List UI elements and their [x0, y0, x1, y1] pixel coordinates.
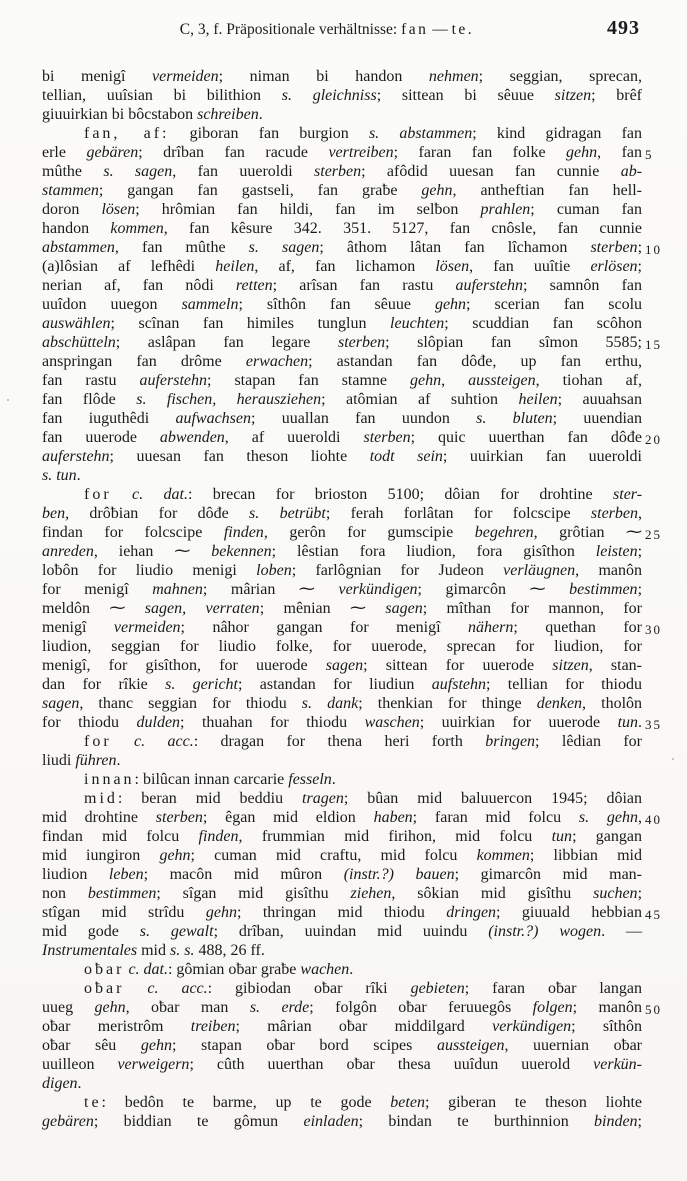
text-roman: ; quethan for — [513, 619, 642, 636]
text-roman: , uuernian oƀar — [504, 1037, 642, 1054]
gloss-italic: s. abstammen — [369, 125, 472, 142]
text-roman: , tholôn — [582, 695, 642, 712]
gloss-italic: vertreiben — [328, 144, 393, 161]
gloss-italic: bestimmen — [569, 581, 637, 598]
text-line: abstammen, fan mûthe s. sagen; âthom lât… — [42, 238, 642, 257]
text-roman: fan rastu — [42, 372, 139, 389]
text-line: non bestimmen; sîgan mid gisîthu ziehen,… — [42, 884, 642, 903]
text-roman: , — [638, 505, 642, 522]
text-roman: ; thenkian for thinge — [358, 695, 537, 712]
text-line: for menigî mahnen; mârian ⁓ verkündigen;… — [42, 580, 642, 599]
text-roman: ; uuirkian fan uueroldi — [443, 448, 642, 465]
text-roman: : beran mid beddiu — [118, 790, 302, 807]
text-roman: meldôn ⁓ — [42, 600, 145, 617]
gloss-italic: sterben — [363, 429, 410, 446]
text-roman: . — [349, 961, 353, 978]
text-roman: , grôtian ⁓ — [534, 524, 642, 541]
page-number: 493 — [607, 17, 640, 40]
text-roman: ; êgan mid eldion — [203, 809, 374, 826]
text-roman: ; afôdid uuesan fan cunnie — [361, 163, 621, 180]
text-roman: ; — [638, 239, 642, 256]
gloss-italic: finden — [199, 828, 239, 845]
text-roman: menigî — [42, 619, 114, 636]
gloss-italic: lösen — [435, 258, 469, 275]
text-roman: , gerôn for gumscipie — [264, 524, 475, 541]
text-line: loƀôn for liudio menigi loben; farlôgnia… — [42, 561, 642, 580]
text-roman: , manôn — [575, 562, 642, 579]
text-line: dan for rîkie s. gericht; astandan for l… — [42, 675, 642, 694]
text-line: s. tun. — [42, 466, 642, 485]
text-roman: ; astandan for liudiun — [238, 676, 432, 693]
text-roman: ; — [638, 885, 642, 902]
text-roman: ; lêdian for — [535, 733, 642, 750]
gloss-italic: vermeiden — [114, 619, 181, 636]
gloss-italic: sterben — [590, 239, 637, 256]
text-line: mid drohtine sterben; êgan mid eldion ha… — [42, 808, 642, 827]
gloss-italic: anreden — [42, 543, 94, 560]
gloss-italic: c. acc. — [134, 733, 194, 750]
text-roman: , drôƀian for dôđe — [65, 505, 249, 522]
gloss-italic: ster- — [613, 486, 642, 503]
text-roman: ; bûan mid baluuercon 1945; dôian — [344, 790, 642, 807]
gloss-italic: c. dat. — [128, 961, 168, 978]
gloss-italic: bestimmen — [88, 885, 156, 902]
text-roman: ; cuman mid craftu, mid folcu — [191, 847, 477, 864]
gloss-italic: (instr.?) bauen — [344, 866, 455, 883]
text-line: liudi führen. — [42, 751, 642, 770]
gloss-italic: s. gehn — [579, 809, 638, 826]
gloss-italic: c. dat. — [132, 486, 188, 503]
text-roman: ; scuddian fan scôhon — [444, 315, 642, 332]
text-roman: , iehan ⁓ — [94, 543, 211, 560]
text-line: doron lösen; hrômian fan hildi, fan im s… — [42, 200, 642, 219]
text-roman: , af uueroldi — [225, 429, 364, 446]
text-roman: , fan mûthe — [115, 239, 249, 256]
text-roman: ; faran fan folke — [394, 144, 566, 161]
text-line: Instrumentales mid s. s. 488, 26 ff. — [42, 941, 642, 960]
text-roman: fan flôde — [42, 391, 136, 408]
gloss-italic: tun — [552, 828, 572, 845]
text-line: mid iungiron gehn; cuman mid craftu, mid… — [42, 846, 642, 865]
text-line: menigî vermeiden; nâhor gangan for menig… — [42, 618, 642, 637]
running-header: C, 3, f. Präpositionale verhältnisse: fa… — [42, 21, 642, 47]
text-roman: tellian, uuîsian bi bilithion — [42, 87, 282, 104]
gloss-italic: gehn — [141, 1037, 172, 1054]
text-roman: ; thuahan for thiodu — [180, 714, 365, 731]
gloss-italic: abwenden — [160, 429, 225, 446]
gloss-italic: s. gewalt — [140, 923, 214, 940]
text-roman: , sôkian mid gisîthu — [391, 885, 593, 902]
gloss-italic: digen — [42, 1075, 78, 1092]
text-line: auswählen; scînan fan himiles tunglun le… — [42, 314, 642, 333]
text-roman: ; ferah forlâtan for folcscipe — [326, 505, 591, 522]
gloss-italic: sterben — [591, 505, 638, 522]
gloss-italic: sagen — [385, 600, 422, 617]
text-line: ben, drôƀian for dôđe s. betrübt; ferah … — [42, 504, 642, 523]
margin-line-number: 15 — [645, 335, 687, 354]
text-roman: ; astandan fan dôđe, up fan erthu, — [308, 353, 642, 370]
text-roman: , fan uueroldi — [172, 163, 314, 180]
text-line: tellian, uuîsian bi bilithion s. gleichn… — [42, 86, 642, 105]
text-roman: ; sittean for uuerode — [363, 657, 552, 674]
text-roman: . — [78, 1075, 82, 1092]
gloss-italic: gebieten — [411, 980, 465, 997]
margin-line-number: 55 — [645, 1095, 687, 1114]
text-line: liudion, seggian for liudio folke, for u… — [42, 637, 642, 656]
text-roman: giboran fan burgion — [169, 125, 368, 142]
text-roman: ; aslâpan fan legare — [116, 334, 338, 351]
gloss-italic: gehn — [566, 144, 597, 161]
text-roman: liudion, seggian for liudio folke, for u… — [42, 638, 642, 655]
text-roman: oƀar sêu — [42, 1037, 141, 1054]
text-line: oƀar sêu gehn; stapan oƀar bord scipes a… — [42, 1036, 642, 1055]
gloss-italic: gehn — [95, 999, 126, 1016]
text-roman: ; seggian, sprecan, — [479, 68, 642, 85]
text-line: findan mid folcu finden, frummian mid fi… — [42, 827, 642, 846]
gloss-italic: (instr.?) wogen — [488, 923, 601, 940]
text-roman: : dragan for thena heri forth — [194, 733, 486, 750]
gloss-italic: gebären — [42, 1113, 94, 1130]
text-roman: : gômian oƀar graƀe — [168, 961, 300, 978]
margin-line-number: 50 — [645, 1000, 687, 1019]
headword-spaced: for — [84, 733, 112, 750]
text-roman: ; — [638, 543, 642, 560]
gloss-italic: nehmen — [429, 68, 479, 85]
book-page: C, 3, f. Präpositionale verhältnisse: fa… — [0, 0, 687, 1181]
text-line: fan flôde s. fischen, herausziehen; atôm… — [42, 390, 642, 409]
text-roman: ; bindan te burthinnion — [359, 1113, 594, 1130]
text-roman: mûthe — [42, 163, 103, 180]
gloss-italic: verkündigen — [492, 1018, 571, 1035]
gloss-italic: dulden — [137, 714, 181, 731]
text-roman: ; samnôn fan — [523, 277, 642, 294]
gloss-italic: verläugnen — [503, 562, 575, 579]
text-line: for c. dat.: brecan for brioston 5100; d… — [42, 485, 642, 504]
running-header-title: C, 3, f. Präpositionale verhältnisse: fa… — [42, 21, 612, 39]
gloss-italic: s. betrübt — [249, 505, 326, 522]
text-roman — [124, 980, 147, 997]
gloss-italic: begehren — [475, 524, 534, 541]
text-roman: liudi — [42, 752, 75, 769]
text-roman: ; sîgan mid gisîthu — [156, 885, 350, 902]
gloss-italic: erlösen — [590, 258, 637, 275]
text-roman: ; manôn — [573, 999, 642, 1016]
text-roman: uuîdon uuegon — [42, 296, 182, 313]
gloss-italic: lösen — [101, 201, 135, 218]
text-roman: ; atômian af suhtion — [321, 391, 518, 408]
gloss-italic: todt sein — [370, 448, 443, 465]
text-line: fan rastu auferstehn; stapan fan stamne … — [42, 371, 642, 390]
text-roman: . — [638, 714, 642, 731]
gloss-italic: s. s. — [170, 942, 194, 959]
text-roman: handon — [42, 220, 110, 237]
gloss-italic: gehn — [435, 296, 466, 313]
margin-line-number: 5 — [645, 145, 687, 164]
text-line: liudion leben; macôn mid mûron (instr.?)… — [42, 865, 642, 884]
text-roman: . — [117, 752, 121, 769]
text-roman: ; faran mid folcu — [413, 809, 579, 826]
gloss-italic: leuchten — [390, 315, 444, 332]
headword-spaced: oƀar — [84, 961, 124, 978]
text-roman: ; tellian for thiodu — [486, 676, 642, 693]
gloss-italic: stammen — [42, 182, 99, 199]
text-roman: mid gode — [42, 923, 140, 940]
gloss-italic: s. tun — [42, 467, 77, 484]
text-roman — [112, 733, 134, 750]
text-roman: bi menigî — [42, 68, 152, 85]
headword-spaced: innan — [84, 771, 135, 788]
gloss-italic: treiben — [191, 1018, 236, 1035]
text-roman: ; brêf — [591, 87, 642, 104]
text-roman: ; niman bi handon — [219, 68, 429, 85]
text-line: mid: beran mid beddiu tragen; bûan mid b… — [42, 789, 642, 808]
gloss-italic: ziehen — [351, 885, 392, 902]
text-line: gebären; biddian te gômun einladen; bind… — [42, 1112, 642, 1131]
text-lines: bi menigî vermeiden; niman bi handon neh… — [42, 67, 642, 1131]
headword-spaced: fan — [401, 21, 428, 38]
text-roman: ; scînan fan himiles tunglun — [110, 315, 390, 332]
text-roman: fan iuguthêdi — [42, 410, 175, 427]
text-roman: non — [42, 885, 88, 902]
text-line: bi menigî vermeiden; niman bi handon neh… — [42, 67, 642, 86]
gloss-italic: einladen — [303, 1113, 358, 1130]
text-roman: , — [441, 372, 468, 389]
text-roman: ; uuirkian for uuerode — [420, 714, 618, 731]
gloss-italic: sammeln — [182, 296, 239, 313]
text-line: auferstehn; uuesan fan theson liohte tod… — [42, 447, 642, 466]
text-line: uuilleon verweigern; cûth uuerthan oƀar … — [42, 1055, 642, 1074]
text-roman: ; folgôn oƀar feruuegôs — [309, 999, 532, 1016]
text-roman: ; farlôgnian for Judeon — [292, 562, 503, 579]
gloss-italic: Instrumentales — [42, 942, 137, 959]
gloss-italic: aufwachsen — [175, 410, 251, 427]
text-roman: ; faran oƀar langan — [465, 980, 642, 997]
gloss-italic: loben — [256, 562, 292, 579]
text-roman: (a)lôsian af lefhêdi — [42, 258, 215, 275]
gloss-italic: tun — [618, 714, 638, 731]
gloss-italic: sagen — [326, 657, 363, 674]
gloss-italic: s. fischen, herausziehen — [136, 391, 321, 408]
text-roman: ; mênian ⁓ — [260, 600, 386, 617]
text-roman: oƀar meristrôm — [42, 1018, 191, 1035]
gloss-italic: s. gericht — [165, 676, 238, 693]
text-line: fan iuguthêdi aufwachsen; uuallan fan uu… — [42, 409, 642, 428]
text-roman: ; stapan oƀar bord scipes — [172, 1037, 437, 1054]
text-roman: , stan- — [589, 657, 642, 674]
text-line: digen. — [42, 1074, 642, 1093]
gloss-italic: erwachen — [246, 353, 308, 370]
text-roman: ; arîsan fan rastu — [273, 277, 456, 294]
margin-line-number: 30 — [645, 620, 687, 639]
gloss-italic: haben — [374, 809, 413, 826]
text-roman: ; biddian te gômun — [94, 1113, 304, 1130]
text-roman: , fan kêsure 342. 351. 5127, fan cnôsle,… — [164, 220, 642, 237]
text-roman: ; drîban fan racude — [138, 144, 328, 161]
text-roman: ; mîthan for mannon, for — [423, 600, 642, 617]
gloss-italic: tragen — [302, 790, 344, 807]
text-roman: . — — [601, 923, 642, 940]
gloss-italic: retten — [236, 277, 273, 294]
text-roman: doron — [42, 201, 101, 218]
text-roman: fan uuerode — [42, 429, 160, 446]
gloss-italic: aussteigen — [468, 372, 536, 389]
margin-line-number: 35 — [645, 715, 687, 734]
gloss-italic: nähern — [468, 619, 513, 636]
text-roman: , oƀar man — [126, 999, 250, 1016]
text-line: fan, af: giboran fan burgion s. abstamme… — [42, 124, 642, 143]
gloss-italic: vermeiden — [152, 68, 219, 85]
text-line: meldôn ⁓ sagen, verraten; mênian ⁓ sagen… — [42, 599, 642, 618]
text-roman: mid — [137, 942, 170, 959]
text-roman: C, 3, f. Präpositionale verhältnisse: — [180, 21, 401, 38]
gloss-italic: ben — [42, 505, 65, 522]
text-line: menigî, for gisîthon, for uuerode sagen;… — [42, 656, 642, 675]
gloss-italic: gehn — [206, 904, 237, 921]
text-line: handon kommen, fan kêsure 342. 351. 5127… — [42, 219, 642, 238]
gloss-italic: waschen — [365, 714, 420, 731]
text-roman: ; thringan mid thiodu — [237, 904, 446, 921]
gloss-italic: finden — [224, 524, 264, 541]
gloss-italic: c. acc. — [147, 980, 207, 997]
gloss-italic: beten — [390, 1094, 425, 1111]
headword-spaced: te — [84, 1094, 102, 1111]
gloss-italic: leben — [109, 866, 144, 883]
text-roman: : bilûcan innan carcarie — [135, 771, 289, 788]
text-roman: ; sîthôn — [571, 1018, 642, 1035]
gloss-italic: sitzen — [555, 87, 591, 104]
gloss-italic: führen — [75, 752, 116, 769]
text-roman: stîgan mid strîdu — [42, 904, 206, 921]
text-roman: ; hrômian fan hildi, fan im selƀon — [135, 201, 480, 218]
gloss-italic: sterben — [314, 163, 361, 180]
text-roman: , fan uuîtie — [469, 258, 590, 275]
text-roman: ; mârian ⁓ — [203, 581, 339, 598]
text-roman — [112, 486, 132, 503]
text-roman: ; uuallan fan uundon — [251, 410, 476, 427]
text-roman: findan for folcscipe — [42, 524, 224, 541]
gloss-italic: binden — [594, 1113, 638, 1130]
headword-spaced: fan, af: — [84, 125, 169, 142]
text-roman: findan mid folcu — [42, 828, 199, 845]
gloss-italic: heilen — [215, 258, 254, 275]
gloss-italic: denken — [537, 695, 582, 712]
text-roman: , antheftian fan hell- — [453, 182, 642, 199]
gloss-italic: bekennen — [211, 543, 271, 560]
text-roman: 488, 26 ff. — [194, 942, 264, 959]
text-roman: anspringan fan drôme — [42, 353, 246, 370]
gloss-italic: folgen — [533, 999, 573, 1016]
gloss-italic: sterben — [338, 334, 385, 351]
gloss-italic: sagen, verraten — [145, 600, 260, 617]
headword-spaced: for — [84, 486, 112, 503]
headword-spaced: mid — [84, 790, 118, 807]
gloss-italic: aufstehn — [432, 676, 486, 693]
gloss-italic: kommen — [477, 847, 530, 864]
text-roman: loƀôn for liudio menigi — [42, 562, 256, 579]
text-roman: ; — [638, 581, 642, 598]
gloss-italic: verweigern — [117, 1056, 189, 1073]
gloss-italic: gebären — [86, 144, 138, 161]
gloss-italic: auferstehn — [42, 448, 110, 465]
text-roman: liudion — [42, 866, 109, 883]
gloss-italic: s. gleichniss — [282, 87, 377, 104]
gloss-italic: auferstehn — [139, 372, 207, 389]
gloss-italic: s. sagen — [249, 239, 320, 256]
scan-speckle — [7, 399, 9, 401]
text-line: mûthe s. sagen, fan uueroldi sterben; af… — [42, 162, 642, 181]
text-roman: : brecan for brioston 5100; dôian for dr… — [188, 486, 613, 503]
text-roman: ; uuendian — [553, 410, 642, 427]
text-line: fan uuerode abwenden, af uueroldi sterbe… — [42, 428, 642, 447]
text-line: for c. acc.: dragan for thena heri forth… — [42, 732, 642, 751]
text-roman: uueg — [42, 999, 95, 1016]
text-roman: ; mârian oƀar middilgard — [235, 1018, 492, 1035]
text-line: anreden, iehan ⁓ bekennen; lêstian fora … — [42, 542, 642, 561]
text-line: erle gebären; drîban fan racude vertreib… — [42, 143, 642, 162]
gloss-italic: verkündigen — [338, 581, 417, 598]
text-roman: ; gimarcôn mid man- — [455, 866, 642, 883]
gloss-italic: schreiben — [197, 106, 259, 123]
text-roman: mid iungiron — [42, 847, 159, 864]
margin-line-number: 10 — [645, 240, 687, 259]
margin-line-number: 45 — [645, 905, 687, 924]
text-line: sagen, thanc seggian for thiodu s. dank;… — [42, 694, 642, 713]
text-line: te: bedôn te barme, up te gode beten; gi… — [42, 1093, 642, 1112]
text-roman: ; uuesan fan theson liohte — [110, 448, 370, 465]
text-roman: , thanc seggian for thiodu — [79, 695, 301, 712]
gloss-italic: s. bluten — [476, 410, 553, 427]
text-roman: ; gangan fan gastseli, fan graƀe — [99, 182, 422, 199]
text-roman: ; cuman fan — [530, 201, 642, 218]
text-roman: — — [428, 21, 451, 38]
text-roman: . — [259, 106, 263, 123]
text-roman: ; giuuald hebbian — [496, 904, 642, 921]
text-roman: dan for rîkie — [42, 676, 165, 693]
text-roman: , tiohan af, — [536, 372, 642, 389]
gloss-italic: gehn — [421, 182, 452, 199]
text-roman: erle — [42, 144, 86, 161]
gloss-italic: sterben — [156, 809, 203, 826]
scan-speckle — [672, 758, 674, 760]
gloss-italic: wachen — [300, 961, 349, 978]
text-roman: ; macôn mid mûron — [144, 866, 344, 883]
text-roman: ; sittean bi sêuue — [377, 87, 555, 104]
text-roman: mid drohtine — [42, 809, 156, 826]
text-roman: for thiodu — [42, 714, 137, 731]
text-roman: nerian af, fan nôdi — [42, 277, 236, 294]
gloss-italic: abstammen — [42, 239, 115, 256]
text-roman: . — [332, 771, 336, 788]
text-roman: ; kind gidragan fan — [472, 125, 642, 142]
text-roman: , — [638, 809, 642, 826]
text-line: nerian af, fan nôdi retten; arîsan fan r… — [42, 276, 642, 295]
gloss-italic: dringen — [446, 904, 496, 921]
text-roman: ; cûth uuerthan oƀar thesa uuîdun uuerol… — [189, 1056, 593, 1073]
text-line: mid gode s. gewalt; drîban, uuindan mid … — [42, 922, 642, 941]
text-roman: uuilleon — [42, 1056, 117, 1073]
gloss-italic: heilen — [518, 391, 557, 408]
text-roman: ; nâhor gangan for menigî — [181, 619, 468, 636]
gloss-italic: prahlen — [481, 201, 531, 218]
gloss-italic: gehn — [410, 372, 441, 389]
text-line: oƀar c. dat.: gômian oƀar graƀe wachen. — [42, 960, 642, 979]
text-line: findan for folcscipe finden, gerôn for g… — [42, 523, 642, 542]
text-roman: , frummian mid firihon, mid folcu — [239, 828, 552, 845]
text-roman: ; gimarcôn ⁓ — [418, 581, 570, 598]
text-roman: giuuirkian bi bôcstabon — [42, 106, 197, 123]
text-roman: ; stapan fan stamne — [207, 372, 410, 389]
text-roman: ; slôpian fan sîmon 5585; — [385, 334, 642, 351]
